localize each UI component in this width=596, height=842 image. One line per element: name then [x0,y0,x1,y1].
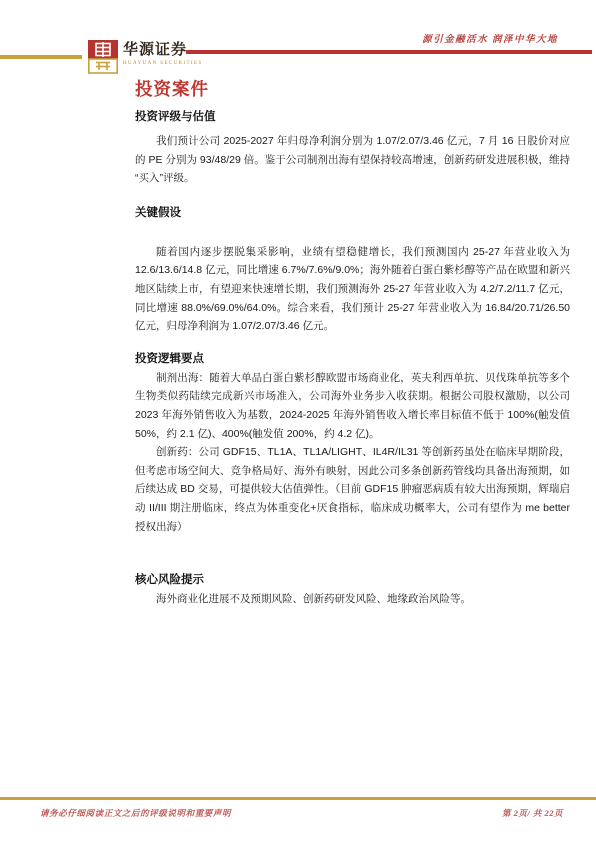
section-paragraph: 随着国内逐步摆脱集采影响，业绩有望稳健增长，我们预测国内 25-27 年营业收入… [135,243,570,336]
section-paragraph: 制剂出海：随着大单品白蛋白紫杉醇欧盟市场商业化，英夫利西单抗、贝伐珠单抗等多个生… [135,369,570,443]
section-paragraph: 海外商业化进展不及预期风险、创新药研发风险、地缘政治风险等。 [135,590,570,609]
footer-page-indicator: 第 2页/ 共 22页 [502,807,563,819]
section-key-assumptions: 关键假设 随着国内逐步摆脱集采影响，业绩有望稳健增长，我们预测国内 25-27 … [135,205,570,336]
header-tagline: 源引金融活水 润泽中华大地 [422,31,558,45]
section-rating-valuation: 投资评级与估值 我们预计公司 2025-2027 年归母净利润分别为 1.07/… [135,109,570,188]
footer-gold-rule [0,797,596,800]
brand-wordmark-en: HUAYUAN SECURITIES [123,61,203,66]
section-heading: 投资逻辑要点 [135,351,570,367]
section-heading: 核心风险提示 [135,572,570,588]
page-title: 投资案件 [135,78,570,100]
report-page: 华源证券 HUAYUAN SECURITIES 源引金融活水 润泽中华大地 投资… [0,0,596,842]
huayuan-seal-icon [88,40,118,74]
section-heading: 投资评级与估值 [135,109,570,125]
footer-disclaimer: 请务必仔细阅读正文之后的评级说明和重要声明 [40,807,231,819]
section-paragraph: 创新药：公司 GDF15、TL1A、TL1A/LIGHT、IL4R/IL31 等… [135,443,570,536]
section-paragraph: 我们预计公司 2025-2027 年归母净利润分别为 1.07/2.07/3.4… [135,132,570,188]
section-heading: 关键假设 [135,205,570,221]
report-content: 投资案件 投资评级与估值 我们预计公司 2025-2027 年归母净利润分别为 … [135,78,570,609]
header-red-rule [186,50,592,54]
section-risk-warning: 核心风险提示 海外商业化进展不及预期风险、创新药研发风险、地缘政治风险等。 [135,572,570,609]
header-gold-rule [0,55,82,59]
section-investment-logic: 投资逻辑要点 制剂出海：随着大单品白蛋白紫杉醇欧盟市场商业化，英夫利西单抗、贝伐… [135,351,570,536]
